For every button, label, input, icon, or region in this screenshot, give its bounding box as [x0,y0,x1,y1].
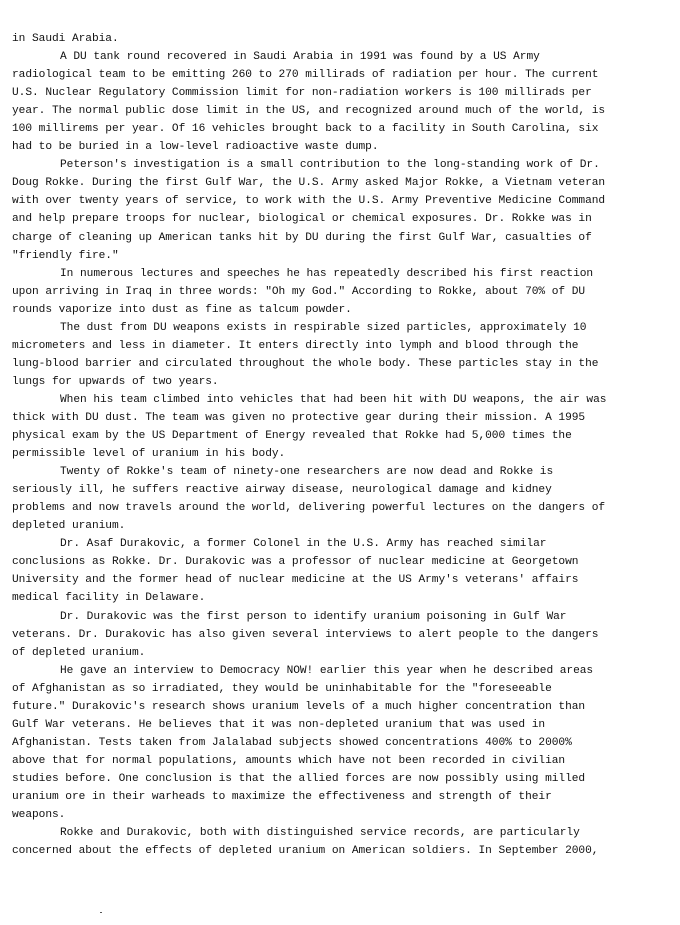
text-line: charge of cleaning up American tanks hit… [12,229,672,247]
paragraph: in Saudi Arabia. [12,30,672,48]
text-line: Dr. Asaf Durakovic, a former Colonel in … [12,535,672,553]
text-line: Twenty of Rokke's team of ninety-one res… [12,463,672,481]
text-line: Rokke and Durakovic, both with distingui… [12,824,672,842]
text-line: The dust from DU weapons exists in respi… [12,319,672,337]
text-line: year. The normal public dose limit in th… [12,102,672,120]
text-line: weapons. [12,806,672,824]
text-line: He gave an interview to Democracy NOW! e… [12,662,672,680]
text-line: concerned about the effects of depleted … [12,842,672,860]
text-line: micrometers and less in diameter. It ent… [12,337,672,355]
text-line: radiological team to be emitting 260 to … [12,66,672,84]
text-line: medical facility in Delaware. [12,589,672,607]
text-line: of depleted uranium. [12,644,672,662]
paragraph: In numerous lectures and speeches he has… [12,265,672,319]
text-line: thick with DU dust. The team was given n… [12,409,672,427]
text-line: seriously ill, he suffers reactive airwa… [12,481,672,499]
text-line: In numerous lectures and speeches he has… [12,265,672,283]
text-line: physical exam by the US Department of En… [12,427,672,445]
paragraph: He gave an interview to Democracy NOW! e… [12,662,672,824]
paragraph: The dust from DU weapons exists in respi… [12,319,672,391]
text-line: Afghanistan. Tests taken from Jalalabad … [12,734,672,752]
paragraph: Dr. Durakovic was the first person to id… [12,608,672,662]
paragraph: Twenty of Rokke's team of ninety-one res… [12,463,672,535]
text-line: conclusions as Rokke. Dr. Durakovic was … [12,553,672,571]
text-line: studies before. One conclusion is that t… [12,770,672,788]
text-line: Dr. Durakovic was the first person to id… [12,608,672,626]
text-line: upon arriving in Iraq in three words: "O… [12,283,672,301]
paragraph: Dr. Asaf Durakovic, a former Colonel in … [12,535,672,607]
scan-artifact [100,912,102,913]
text-line: lung-blood barrier and circulated throug… [12,355,672,373]
text-line: problems and now travels around the worl… [12,499,672,517]
text-line: uranium ore in their warheads to maximiz… [12,788,672,806]
paragraph: Peterson's investigation is a small cont… [12,156,672,264]
paragraph: When his team climbed into vehicles that… [12,391,672,463]
document-page: in Saudi Arabia.A DU tank round recovere… [12,30,672,860]
text-line: Doug Rokke. During the first Gulf War, t… [12,174,672,192]
text-line: U.S. Nuclear Regulatory Commission limit… [12,84,672,102]
text-line: future." Durakovic's research shows uran… [12,698,672,716]
text-line: permissible level of uranium in his body… [12,445,672,463]
text-line: above that for normal populations, amoun… [12,752,672,770]
text-line: A DU tank round recovered in Saudi Arabi… [12,48,672,66]
text-line: veterans. Dr. Durakovic has also given s… [12,626,672,644]
text-line: Gulf War veterans. He believes that it w… [12,716,672,734]
text-line: in Saudi Arabia. [12,30,672,48]
text-line: with over twenty years of service, to wo… [12,192,672,210]
text-line: When his team climbed into vehicles that… [12,391,672,409]
text-line: of Afghanistan as so irradiated, they wo… [12,680,672,698]
text-line: and help prepare troops for nuclear, bio… [12,210,672,228]
text-line: University and the former head of nuclea… [12,571,672,589]
paragraph: A DU tank round recovered in Saudi Arabi… [12,48,672,156]
text-line: "friendly fire." [12,247,672,265]
text-line: rounds vaporize into dust as fine as tal… [12,301,672,319]
text-line: depleted uranium. [12,517,672,535]
text-line: had to be buried in a low-level radioact… [12,138,672,156]
text-line: Peterson's investigation is a small cont… [12,156,672,174]
paragraph: Rokke and Durakovic, both with distingui… [12,824,672,860]
text-line: 100 millirems per year. Of 16 vehicles b… [12,120,672,138]
text-line: lungs for upwards of two years. [12,373,672,391]
